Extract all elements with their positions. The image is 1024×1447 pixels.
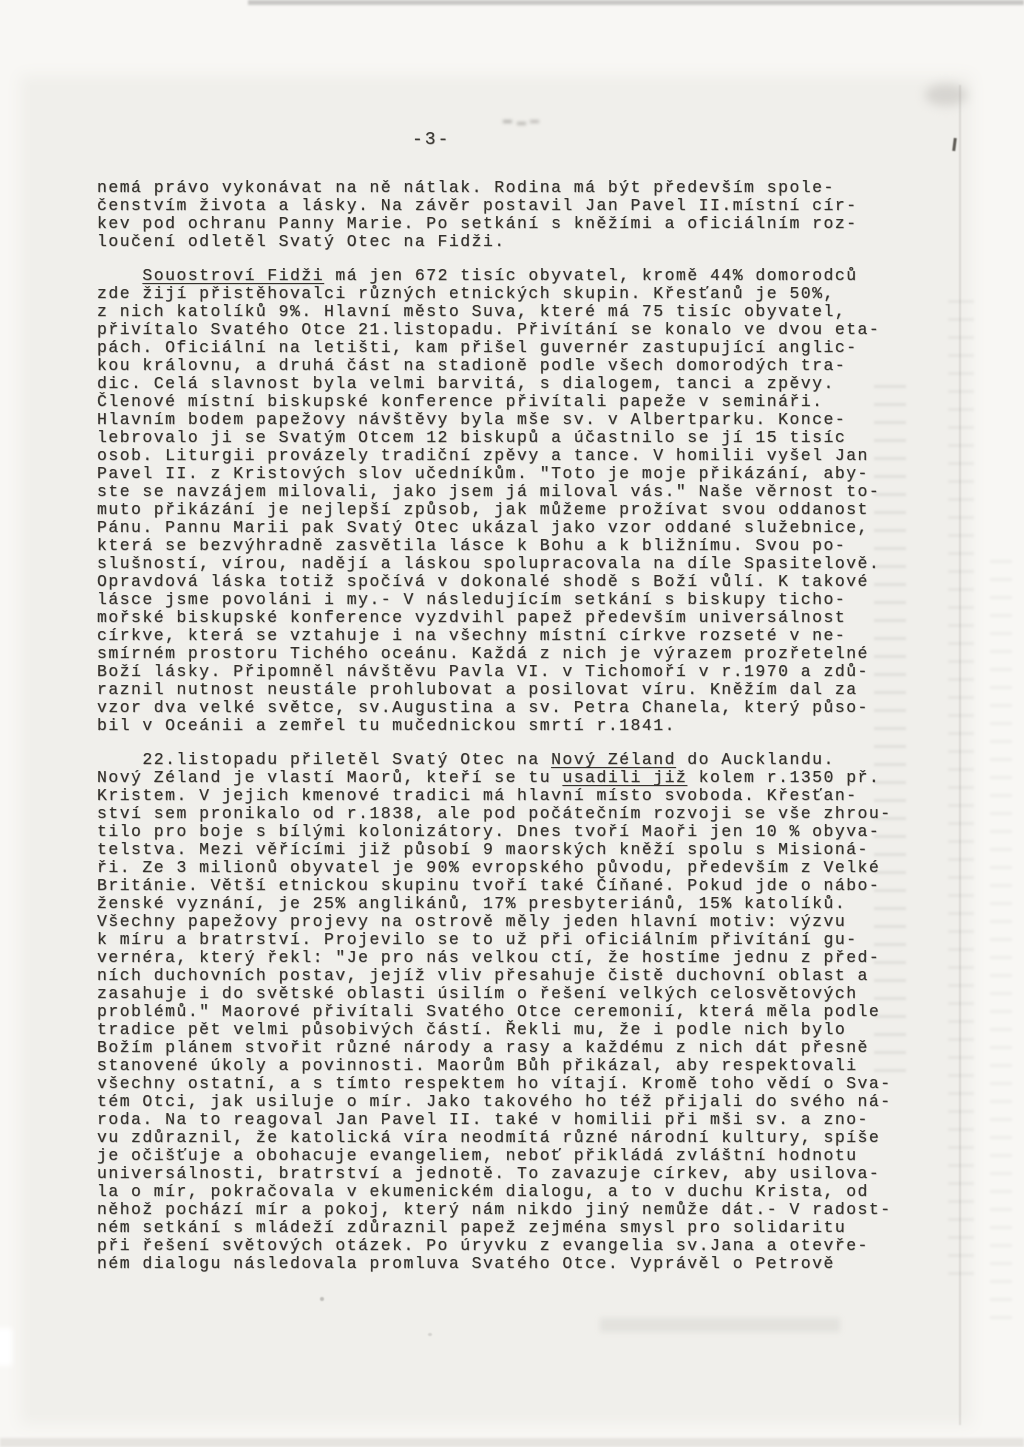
text-line: Opravdová láska totiž spočívá v dokonalé… bbox=[97, 573, 907, 591]
text-line: ři. Ze 3 milionů obyvatel je 90% evropsk… bbox=[97, 859, 907, 877]
paragraph: Souostroví Fidži má jen 672 tisíc obyvat… bbox=[97, 267, 907, 735]
text-line: zasahuje i do světské oblasti úsilím o ř… bbox=[97, 985, 907, 1003]
text-line: při řešení světových otázek. Po úryvku z… bbox=[97, 1237, 907, 1255]
text-line: která se bezvýhradně zasvětila lásce k B… bbox=[97, 537, 907, 555]
text-line: Hlavním bodem papežovy návštěvy byla mše… bbox=[97, 411, 907, 429]
text-line: ste se navzájem milovali, jako jsem já m… bbox=[97, 483, 907, 501]
scan-edge-strip bbox=[248, 0, 1024, 5]
text-line: Členové místní biskupské konference přiv… bbox=[97, 393, 907, 411]
text-line: roda. Na to reagoval Jan Pavel II. také … bbox=[97, 1111, 907, 1129]
paragraph: 22.listopadu přiletěl Svatý Otec na Nový… bbox=[97, 751, 907, 1273]
text-line: tilo pro boje s bílými kolonizátory. Dne… bbox=[97, 823, 907, 841]
text-line: loučení odletěl Svatý Otec na Fidži. bbox=[97, 233, 907, 251]
text-line: lásce jsme povoláni i my.- V následující… bbox=[97, 591, 907, 609]
text-line: čenstvím života a lásky. Na závěr postav… bbox=[97, 197, 907, 215]
scan-bottom-strip bbox=[0, 1438, 1024, 1447]
text-line: bil v Oceánii a zemřel tu mučednickou sm… bbox=[97, 717, 907, 735]
text-line: nemá právo vykonávat na ně nátlak. Rodin… bbox=[97, 179, 907, 197]
text-line: stanovené úkoly a povinnosti. Maorům Bůh… bbox=[97, 1057, 907, 1075]
text-line: z nich katolíků 9%. Hlavní město Suva, k… bbox=[97, 303, 907, 321]
text-line: 22.listopadu přiletěl Svatý Otec na Nový… bbox=[97, 751, 907, 769]
underlined-text: Souostroví Fidži bbox=[142, 266, 324, 285]
bleed-through-column bbox=[990, 560, 1012, 1320]
page-number: -3- bbox=[412, 130, 450, 150]
text-line: přivítalo Svatého Otce 21.listopadu. Při… bbox=[97, 321, 907, 339]
scanned-page: -3- nemá právo vykonávat na ně nátlak. R… bbox=[0, 0, 1024, 1447]
text-line: lebrovalo ji se Svatým Otcem 12 biskupů … bbox=[97, 429, 907, 447]
text-line: Pavel II. z Kristových slov učedníkům. "… bbox=[97, 465, 907, 483]
text-line: vernéra, který řekl: "Je pro nás velkou … bbox=[97, 949, 907, 967]
text-line: mořské biskupské konference vyzdvihl pap… bbox=[97, 609, 907, 627]
text-line: dic. Celá slavnost byla velmi barvitá, s… bbox=[97, 375, 907, 393]
text-line: Boží lásky. Připomněl návštěvu Pavla VI.… bbox=[97, 663, 907, 681]
text-line: tém Otci, jak usiluje o mír. Jako takové… bbox=[97, 1093, 907, 1111]
text-line: osob. Liturgii provázely tradiční zpěvy … bbox=[97, 447, 907, 465]
text-line: Souostroví Fidži má jen 672 tisíc obyvat… bbox=[97, 267, 907, 285]
text-line: Nový Zéland je vlastí Maorů, kteří se tu… bbox=[97, 769, 907, 787]
text-line: problémů." Maorové přivítali Svatého Otc… bbox=[97, 1003, 907, 1021]
underlined-text: Nový Zéland bbox=[551, 750, 676, 769]
text-line: muto přikázání je nejlepší způsob, jak m… bbox=[97, 501, 907, 519]
scan-speck bbox=[320, 1297, 324, 1301]
text-line: la o mír, pokračovala v ekumenickém dial… bbox=[97, 1183, 907, 1201]
text-line: k míru a bratrství. Projevilo se to už p… bbox=[97, 931, 907, 949]
text-block: nemá právo vykonávat na ně nátlak. Rodin… bbox=[97, 179, 907, 1273]
text-line: ství sem pronikalo od r.1838, ale pod po… bbox=[97, 805, 907, 823]
bleed-through-column bbox=[948, 300, 974, 1290]
text-line: ních duchovních postav, jejíž vliv přesa… bbox=[97, 967, 907, 985]
scan-speck bbox=[428, 1333, 432, 1336]
bleed-through-ghost bbox=[503, 120, 512, 123]
text-line: smírném prostoru Tichého oceánu. Každá z… bbox=[97, 645, 907, 663]
underlined-text: usadili již bbox=[562, 768, 687, 787]
text-line: universálnosti, bratrství a jednotě. To … bbox=[97, 1165, 907, 1183]
text-line: je očišťuje a obohacuje evangeliem, nebo… bbox=[97, 1147, 907, 1165]
text-line: církve, která se vztahuje i na všechny m… bbox=[97, 627, 907, 645]
text-line: tradice pět velmi působivých částí. Řekl… bbox=[97, 1021, 907, 1039]
text-line: všechny ostatní, a s tímto respektem ho … bbox=[97, 1075, 907, 1093]
text-line: něhož pochází mír a pokoj, který nám nik… bbox=[97, 1201, 907, 1219]
text-line: Kristem. V jejich kmenové tradici má hla… bbox=[97, 787, 907, 805]
text-line: vzor dva velké světce, sv.Augustina a sv… bbox=[97, 699, 907, 717]
text-line: Pánu. Pannu Marii pak Svatý Otec ukázal … bbox=[97, 519, 907, 537]
text-line: telstva. Mezi věřícími již působí 9 maor… bbox=[97, 841, 907, 859]
text-line: vu zdůraznil, že katolická víra neodmítá… bbox=[97, 1129, 907, 1147]
text-line: pách. Oficiální na letišti, kam přišel g… bbox=[97, 339, 907, 357]
scan-smudge bbox=[600, 1318, 840, 1332]
text-line: ném dialogu následovala promluva Svatého… bbox=[97, 1255, 907, 1273]
text-line: kou královnu, a druhá část na stadioně p… bbox=[97, 357, 907, 375]
text-line: Božím plánem stvořit různé národy a rasy… bbox=[97, 1039, 907, 1057]
text-line: Všechny papežovy projevy na ostrově měly… bbox=[97, 913, 907, 931]
text-line: zde žijí přistěhovalci různých etnických… bbox=[97, 285, 907, 303]
paragraph: nemá právo vykonávat na ně nátlak. Rodin… bbox=[97, 179, 907, 251]
text-line: Británie. Větší etnickou skupinu tvoří t… bbox=[97, 877, 907, 895]
text-line: slušností, vírou, nadějí a láskou spolup… bbox=[97, 555, 907, 573]
text-line: ženské vyznání, je 25% anglikánů, 17% pr… bbox=[97, 895, 907, 913]
scan-notch bbox=[0, 1328, 12, 1366]
text-line: raznil nutnost neustále prohlubovat a po… bbox=[97, 681, 907, 699]
text-line: kev pod ochranu Panny Marie. Po setkání … bbox=[97, 215, 907, 233]
text-line: ném setkání s mládeží zdůraznil papež ze… bbox=[97, 1219, 907, 1237]
